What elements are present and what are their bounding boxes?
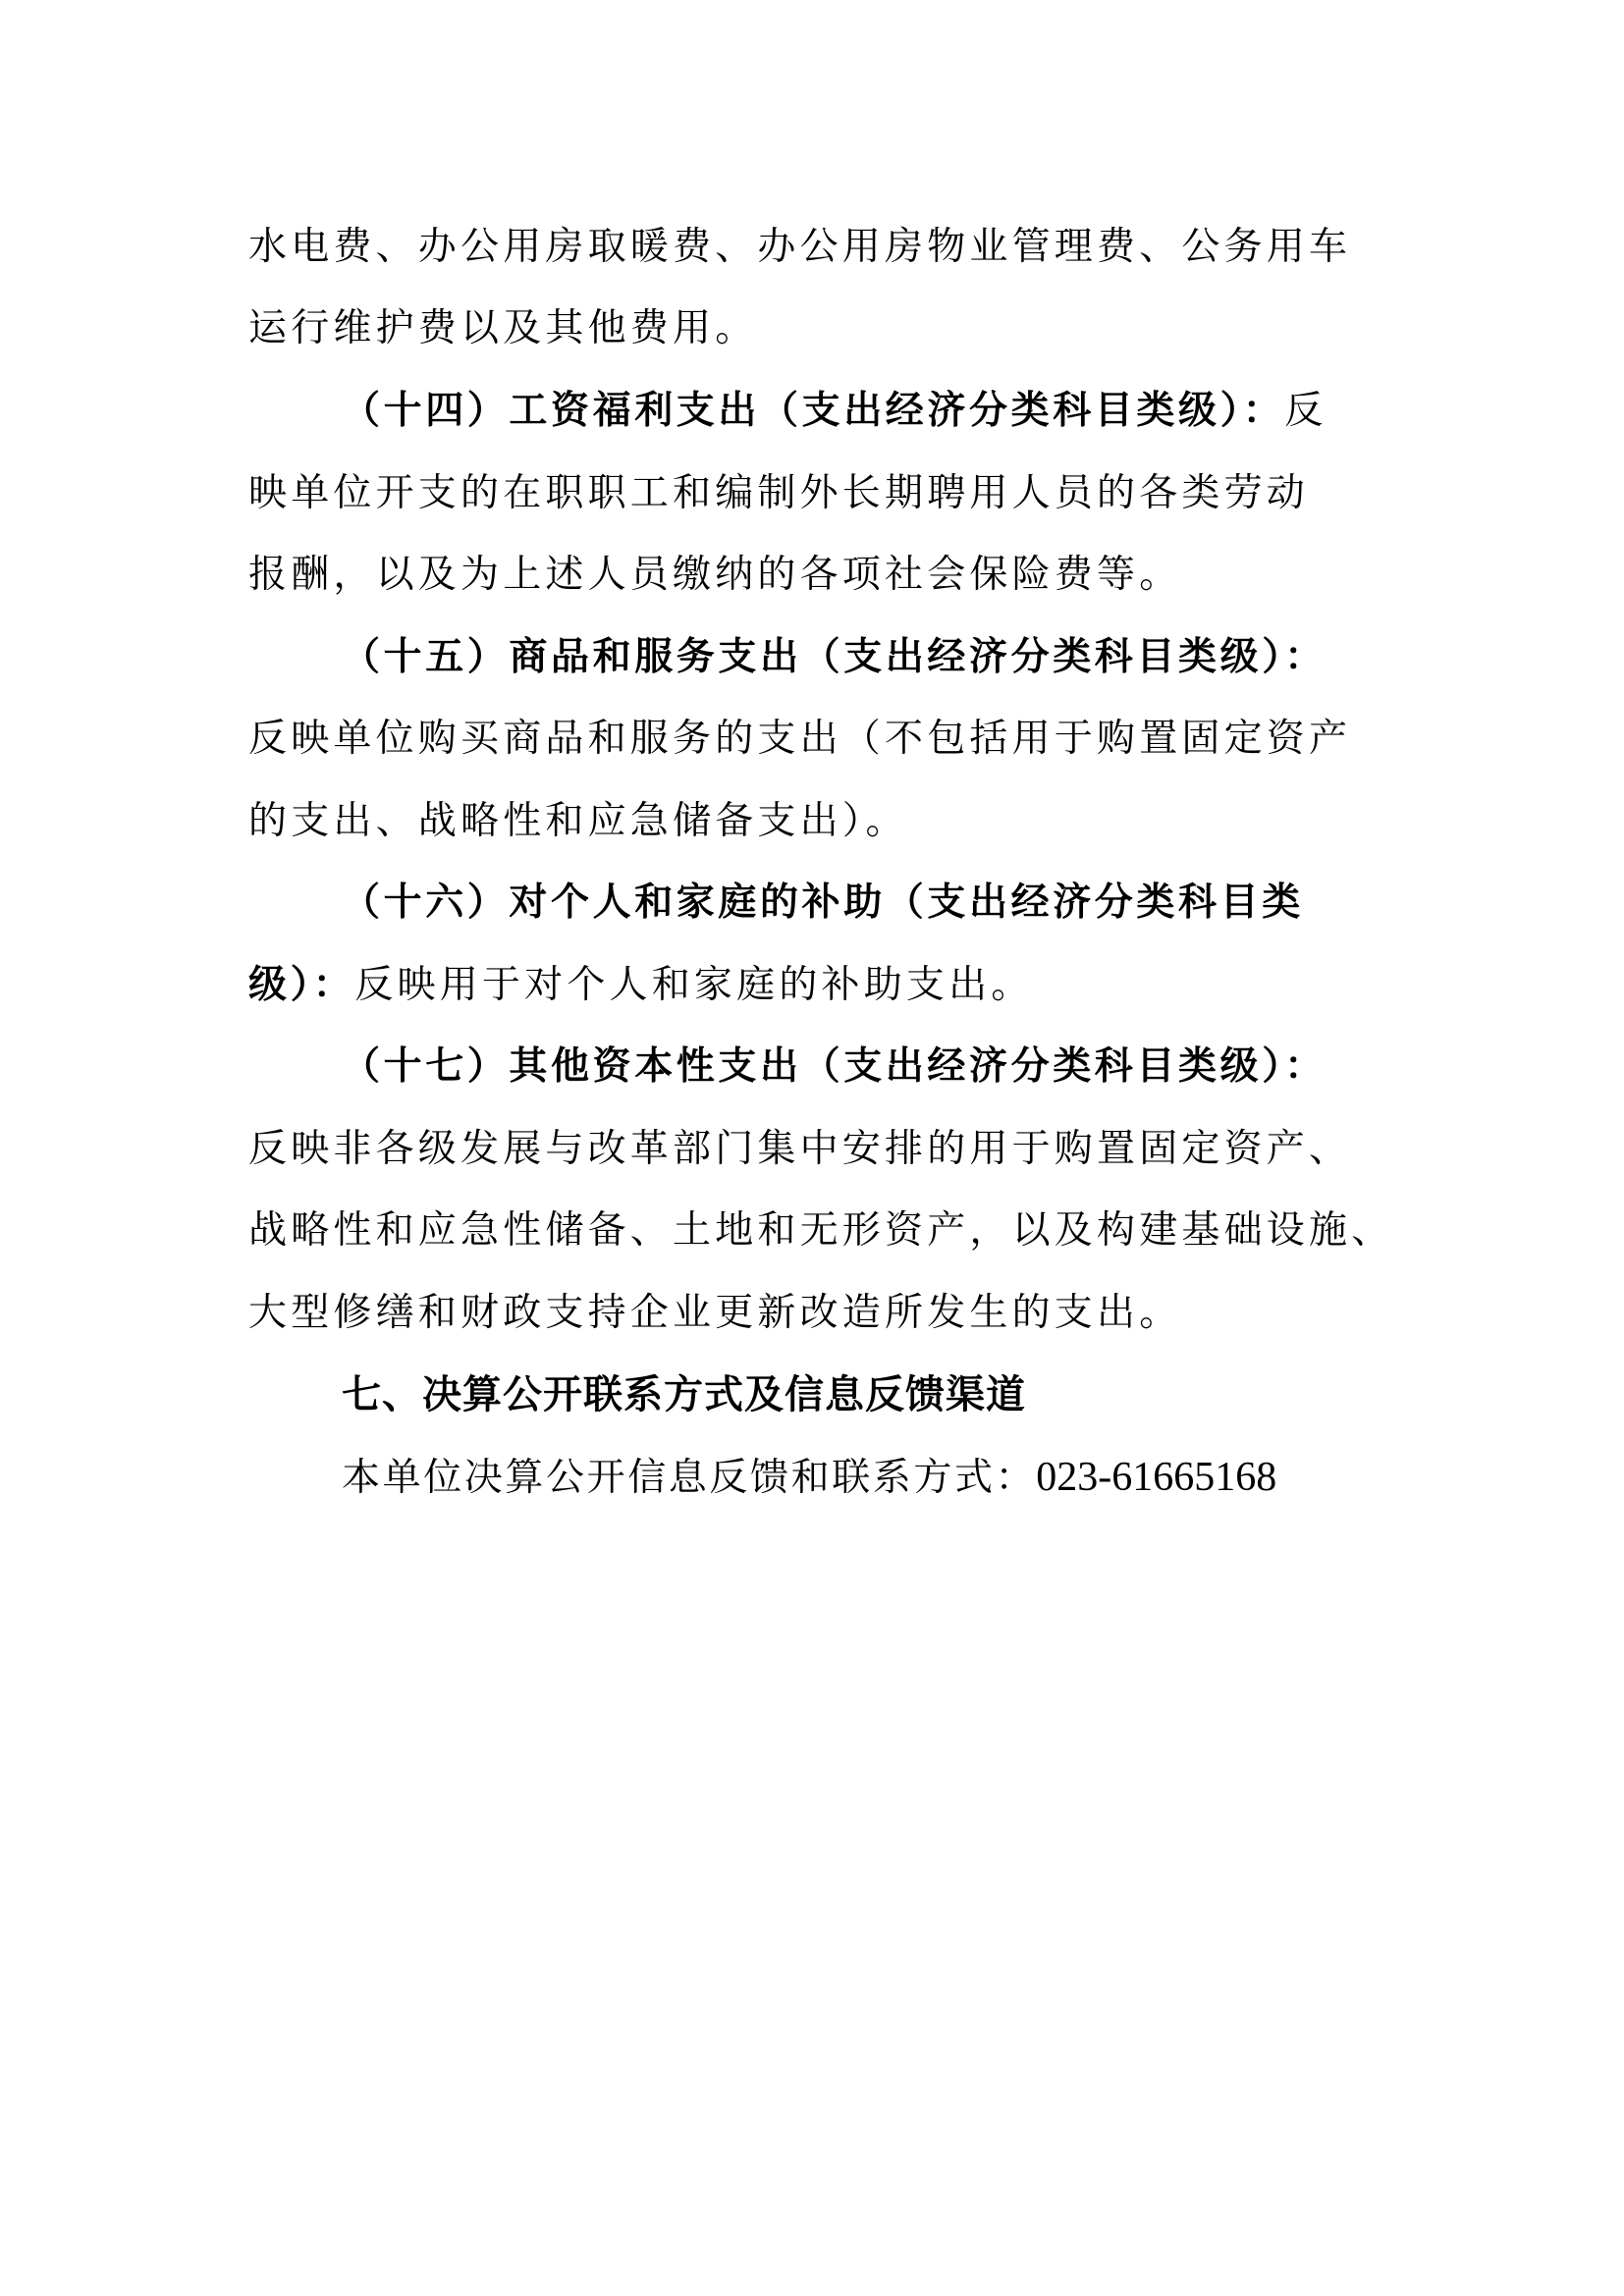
item-16-heading-cont: 级）： [248,963,354,1007]
item-14-text: 反 [1284,389,1326,433]
item-16-text: 反映用于对个人和家庭的补助支出。 [354,963,1033,1007]
contact-line: 本单位决算公开信息反馈和联系方式：023-61665168 [342,1454,1481,1502]
item-16-heading: （十六）对个人和家庭的补助（支出经济分类科目类 [342,880,1481,927]
contact-label: 本单位决算公开信息反馈和联系方式： [342,1456,1036,1500]
item-14-heading-line: （十四）工资福利支出（支出经济分类科目类级）：反 [342,388,1481,435]
paragraph-text-line: 水电费、办公用房取暖费、办公用房物业管理费、公务用车 [248,224,1387,271]
contact-phone: 023-61665168 [1036,1455,1276,1500]
section-7-heading: 七、决算公开联系方式及信息反馈渠道 [342,1371,1481,1418]
paragraph-text-line: 运行维护费以及其他费用。 [248,305,1387,352]
item-14-text-line: 映单位开支的在职职工和编制外长期聘用人员的各类劳动 [248,470,1387,517]
item-15-heading: （十五）商品和服务支出（支出经济分类科目类级）： [342,634,1481,681]
item-14-text-line: 报酬，以及为上述人员缴纳的各项社会保险费等。 [248,552,1387,599]
item-15-text-line: 反映单位购买商品和服务的支出（不包括用于购置固定资产 [248,716,1387,763]
item-17-text-line: 反映非各级发展与改革部门集中安排的用于购置固定资产、 [248,1126,1387,1173]
item-15-text-line: 的支出、战略性和应急储备支出）。 [248,798,1387,845]
item-17-text-line: 大型修缮和财政支持企业更新改造所发生的支出。 [248,1290,1387,1337]
item-16-text-line: 级）：反映用于对个人和家庭的补助支出。 [248,962,1387,1009]
document-page: 水电费、办公用房取暖费、办公用房物业管理费、公务用车 运行维护费以及其他费用。 … [0,0,1624,2296]
item-17-heading: （十七）其他资本性支出（支出经济分类科目类级）： [342,1043,1481,1091]
item-17-text-line: 战略性和应急性储备、土地和无形资产，以及构建基础设施、 [248,1207,1387,1255]
item-14-heading: （十四）工资福利支出（支出经济分类科目类级）： [342,389,1284,433]
